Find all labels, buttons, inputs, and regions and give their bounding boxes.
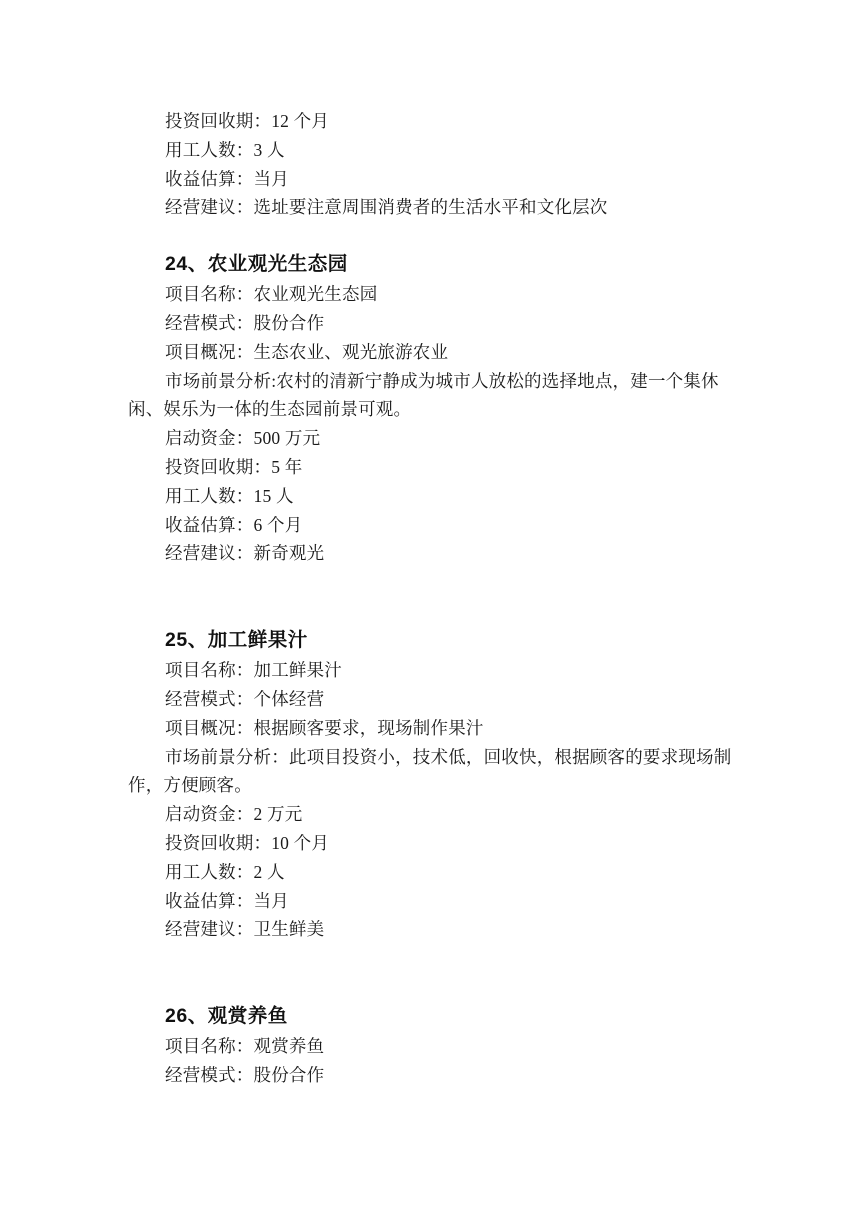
section-heading-25: 25、加工鲜果汁	[128, 624, 748, 656]
field-line-overview: 项目概况：根据顾客要求，现场制作果汁	[128, 714, 748, 743]
field-line-advice: 经营建议：新奇观光	[128, 539, 748, 568]
field-line-payback: 投资回收期：12 个月	[128, 107, 748, 136]
field-line-income: 收益估算：当月	[128, 887, 748, 916]
field-line-business-model: 经营模式：股份合作	[128, 1061, 748, 1090]
field-line-workers: 用工人数：3 人	[128, 136, 748, 165]
section-heading-26: 26、观赏养鱼	[128, 1000, 748, 1032]
field-line-workers: 用工人数：2 人	[128, 858, 748, 887]
field-line-business-model: 经营模式：股份合作	[128, 309, 748, 338]
analysis-paragraph: 市场前景分析:农村的清新宁静成为城市人放松的选择地点，建一个集休闲、娱乐为一体的…	[128, 367, 748, 425]
field-line-project-name: 项目名称：农业观光生态园	[128, 280, 748, 309]
section-heading-24: 24、农业观光生态园	[128, 248, 748, 280]
field-line-project-name: 项目名称：观赏养鱼	[128, 1032, 748, 1061]
field-line-payback: 投资回收期：5 年	[128, 453, 748, 482]
field-line-project-name: 项目名称：加工鲜果汁	[128, 656, 748, 685]
field-line-payback: 投资回收期：10 个月	[128, 829, 748, 858]
field-line-advice: 经营建议：选址要注意周围消费者的生活水平和文化层次	[128, 193, 748, 222]
field-line-advice: 经营建议：卫生鲜美	[128, 915, 748, 944]
field-line-income: 收益估算：6 个月	[128, 511, 748, 540]
analysis-paragraph: 市场前景分析：此项目投资小，技术低，回收快，根据顾客的要求现场制作，方便顾客。	[128, 743, 748, 801]
field-line-income: 收益估算：当月	[128, 165, 748, 194]
field-line-workers: 用工人数：15 人	[128, 482, 748, 511]
field-line-business-model: 经营模式：个体经营	[128, 685, 748, 714]
field-line-overview: 项目概况：生态农业、观光旅游农业	[128, 338, 748, 367]
document-page: 投资回收期：12 个月 用工人数：3 人 收益估算：当月 经营建议：选址要注意周…	[0, 0, 860, 1216]
field-line-startup-capital: 启动资金：500 万元	[128, 424, 748, 453]
field-line-startup-capital: 启动资金：2 万元	[128, 800, 748, 829]
